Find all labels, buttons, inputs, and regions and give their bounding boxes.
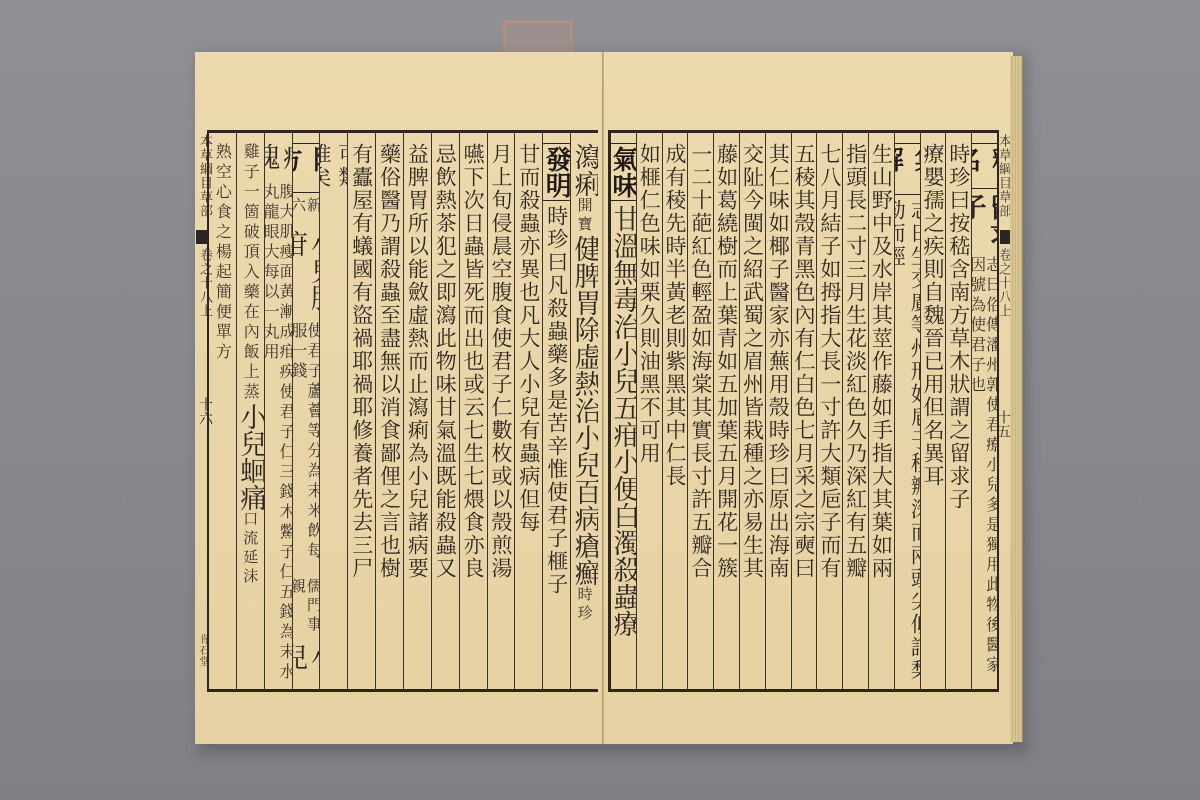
column-text: 藤如葛繞樹而上葉青如五加葉五月開花一簇	[714, 143, 739, 689]
column-text: 指頭長二寸三月生花淡紅色久乃深紅有五瓣	[843, 143, 868, 689]
text-column: 痞塊 腹大肌瘦面黃漸成疳疾使君子仁三錢木鱉子仁五錢為末水丸龍眼大每以一丸用	[264, 133, 292, 689]
text-column: 月上旬侵晨空腹食使君子仁數枚或以殼煎湯	[487, 133, 515, 689]
column-text: 月上旬侵晨空腹食使君子仁數枚或以殼煎湯	[488, 143, 514, 689]
column-text: 有蠹屋有蟻國有盜禍耶禍耶修養者先去三尸	[349, 143, 375, 689]
column-text: 療嬰孺之疾則自魏晉已用但名異耳	[920, 143, 945, 689]
text-column: 可類 推矣	[319, 133, 347, 689]
text-column: 如榧仁色味如栗久則油黑不可用	[636, 133, 662, 689]
citation-marker: 宗奭曰	[791, 511, 816, 580]
text-column: 瀉痢 開寶 健脾胃除虛熱治小兒百病瘡癬 時珍	[570, 133, 598, 689]
left-text-frame: 瀉痢 開寶 健脾胃除虛熱治小兒百病瘡癬 時珍 發明 時珍曰凡殺蟲藥多是苦辛惟使君…	[207, 130, 598, 692]
prescription-title: 小兒脾疳	[292, 230, 320, 322]
prescription-title: 痞塊	[264, 143, 292, 183]
text-column: 熟空心食之 楊起簡便單方	[209, 133, 236, 689]
source-note: 新六	[292, 197, 320, 229]
prescription-text: 腹大肌瘦面黃漸成疳疾使君子仁三錢木鱉子仁五錢為末水丸龍眼大每以一丸用	[264, 183, 292, 689]
column-text: 嚥下次日蟲皆死而出也或云七生七煨食亦良	[460, 143, 486, 689]
column-text: 治小兒五疳小便白濁殺蟲療	[611, 313, 636, 637]
column-text: 時珍曰凡殺蟲藥多是苦辛惟使君子榧子	[544, 205, 570, 596]
column-text: 其仁味如椰子醫家亦蕪用殼	[765, 143, 790, 419]
text-column: 嚥下次日蟲皆死而出也或云七生七煨食亦良	[459, 133, 487, 689]
column-text: 志曰生交廣等州形如巵子稜瓣深而兩頭尖似訶梨勒而輕	[894, 199, 920, 689]
text-column: 療嬰孺之疾則自魏晉已用但名異耳	[920, 133, 946, 689]
column-text: 一二十葩紅色輕盈如海棠其實長寸許五瓣合	[688, 143, 713, 689]
text-column: 五稜其殼青黑色內有仁白色七月采之 宗奭曰	[791, 133, 817, 689]
column-text: 甘溫無毒	[611, 205, 636, 313]
text-column: 發明 時珍曰凡殺蟲藥多是苦辛惟使君子榧子	[542, 133, 570, 689]
column-text: 原出海南	[765, 488, 790, 580]
text-column: 其仁味如椰子醫家亦蕪用殼 時珍曰 原出海南	[765, 133, 791, 689]
column-text: 推矣	[319, 143, 332, 689]
column-text: 健脾胃除虛熱治小兒百病瘡癬	[570, 235, 598, 586]
column-text: 七八月結子如拇指大長一寸許大類巵子而有	[817, 143, 842, 689]
source-note: 口流延沫	[242, 511, 258, 587]
column-text: 益脾胃所以能斂虛熱而止瀉痢為小兒諸病要	[404, 143, 430, 689]
section-heading-qi-wei: 氣味	[611, 143, 636, 201]
prescription-text: 雞子一箇破頂入藥在內飯上蒸	[242, 143, 258, 403]
text-column: 雞子一箇破頂入藥在內飯上蒸 小兒蛔痛 口流延沫	[236, 133, 264, 689]
source-note: 儒門事親	[292, 578, 320, 643]
text-column: 有蠹屋有蟻國有盜禍耶禍耶修養者先去三尸	[347, 133, 375, 689]
entry-name: 留求子	[971, 193, 997, 256]
column-text: 忌飲熱茶犯之即瀉此物味甘氣溫既能殺蟲又	[432, 143, 458, 689]
right-text-frame: 釋名 留求子 志曰俗傳潘州郭使君療小兒多是獨用此物後醫家因號為使君子也 時珍曰按…	[608, 130, 999, 692]
column-text: 交阯今閩之紹武蜀之眉州皆栽種之亦易生其	[739, 143, 764, 689]
section-heading-fu-fang: 附方	[292, 143, 320, 193]
text-column: 七八月結子如拇指大長一寸許大類巵子而有	[816, 133, 842, 689]
text-column: 藥俗醫乃謂殺蟲至盡無以消食鄙俚之言也樹	[375, 133, 403, 689]
text-column: 忌飲熱茶犯之即瀉此物味甘氣溫既能殺蟲又	[431, 133, 459, 689]
column-text: 生山野中及水岸其莖作藤如手指大其葉如兩	[868, 143, 893, 689]
text-column: 成有稜先時半黃老則紫黑其中仁長	[662, 133, 688, 689]
section-heading-ji-jie: 集解	[894, 143, 920, 195]
text-column: 附方 新六 小兒脾疳 使君子蘆薈等分為末米飲每服一錢 儒門事親 小兒	[292, 133, 320, 689]
text-column: 集解 志曰生交廣等州形如巵子稜瓣深而兩頭尖似訶梨勒而輕	[894, 133, 920, 689]
text-column: 指頭長二寸三月生花淡紅色久乃深紅有五瓣	[842, 133, 868, 689]
column-text: 時珍曰按嵇含南方草木狀謂之留求子	[946, 143, 971, 689]
prescription-title: 小兒蛔痛	[236, 403, 264, 511]
left-page: 本草綱目草部 卷之十八上 十六 肯石堂 瀉痢 開寶 健脾胃除虛熱治小兒百病瘡癬 …	[195, 52, 603, 744]
column-text: 如榧仁色味如栗久則油黑不可用	[636, 143, 661, 689]
prescription-title: 小兒	[292, 643, 320, 689]
column-text: 甘而殺蟲亦異也凡大人小兒有蟲病但每	[516, 143, 542, 689]
column-text: 藥俗醫乃謂殺蟲至盡無以消食鄙俚之言也樹	[377, 143, 403, 689]
column-text: 成有稜先時半黃老則紫黑其中仁長	[662, 143, 687, 689]
entry-term: 瀉痢	[570, 143, 598, 197]
source-note: 楊起簡便單方	[214, 243, 230, 363]
text-column: 時珍曰按嵇含南方草木狀謂之留求子	[945, 133, 971, 689]
text-column: 藤如葛繞樹而上葉青如五加葉五月開花一簇	[713, 133, 739, 689]
prescription-text: 使君子蘆薈等分為末米飲每服一錢	[292, 322, 320, 578]
section-heading-fa-ming: 發明	[542, 143, 570, 201]
source-note: 時珍	[577, 586, 593, 624]
citation-marker: 時珍曰	[765, 419, 790, 488]
text-column: 一二十葩紅色輕盈如海棠其實長寸許五瓣合	[687, 133, 713, 689]
right-page: 本草綱目草部 卷之十八上 十五 釋名 留求子 志曰俗傳潘州郭使君療小兒多是獨用此…	[603, 52, 1013, 744]
text-column: 益脾胃所以能斂虛熱而止瀉痢為小兒諸病要	[403, 133, 431, 689]
text-column: 交阯今閩之紹武蜀之眉州皆栽種之亦易生其	[739, 133, 765, 689]
text-column: 氣味 甘溫無毒 治小兒五疳小便白濁殺蟲療	[611, 133, 636, 689]
prescription-text: 熟空心食之	[214, 143, 230, 243]
page-edge-stack	[1010, 56, 1023, 742]
section-heading-shi-ming: 釋名	[971, 143, 997, 189]
text-column: 生山野中及水岸其莖作藤如手指大其葉如兩	[868, 133, 894, 689]
source-note: 開寶	[577, 197, 593, 235]
text-column: 甘而殺蟲亦異也凡大人小兒有蟲病但每	[514, 133, 542, 689]
column-text: 五稜其殼青黑色內有仁白色七月采之	[791, 143, 816, 511]
text-column: 釋名 留求子 志曰俗傳潘州郭使君療小兒多是獨用此物後醫家因號為使君子也	[971, 133, 997, 689]
column-text: 可類	[335, 143, 347, 689]
column-text: 志曰俗傳潘州郭使君療小兒多是獨用此物後醫家因號為使君子也	[971, 256, 997, 689]
